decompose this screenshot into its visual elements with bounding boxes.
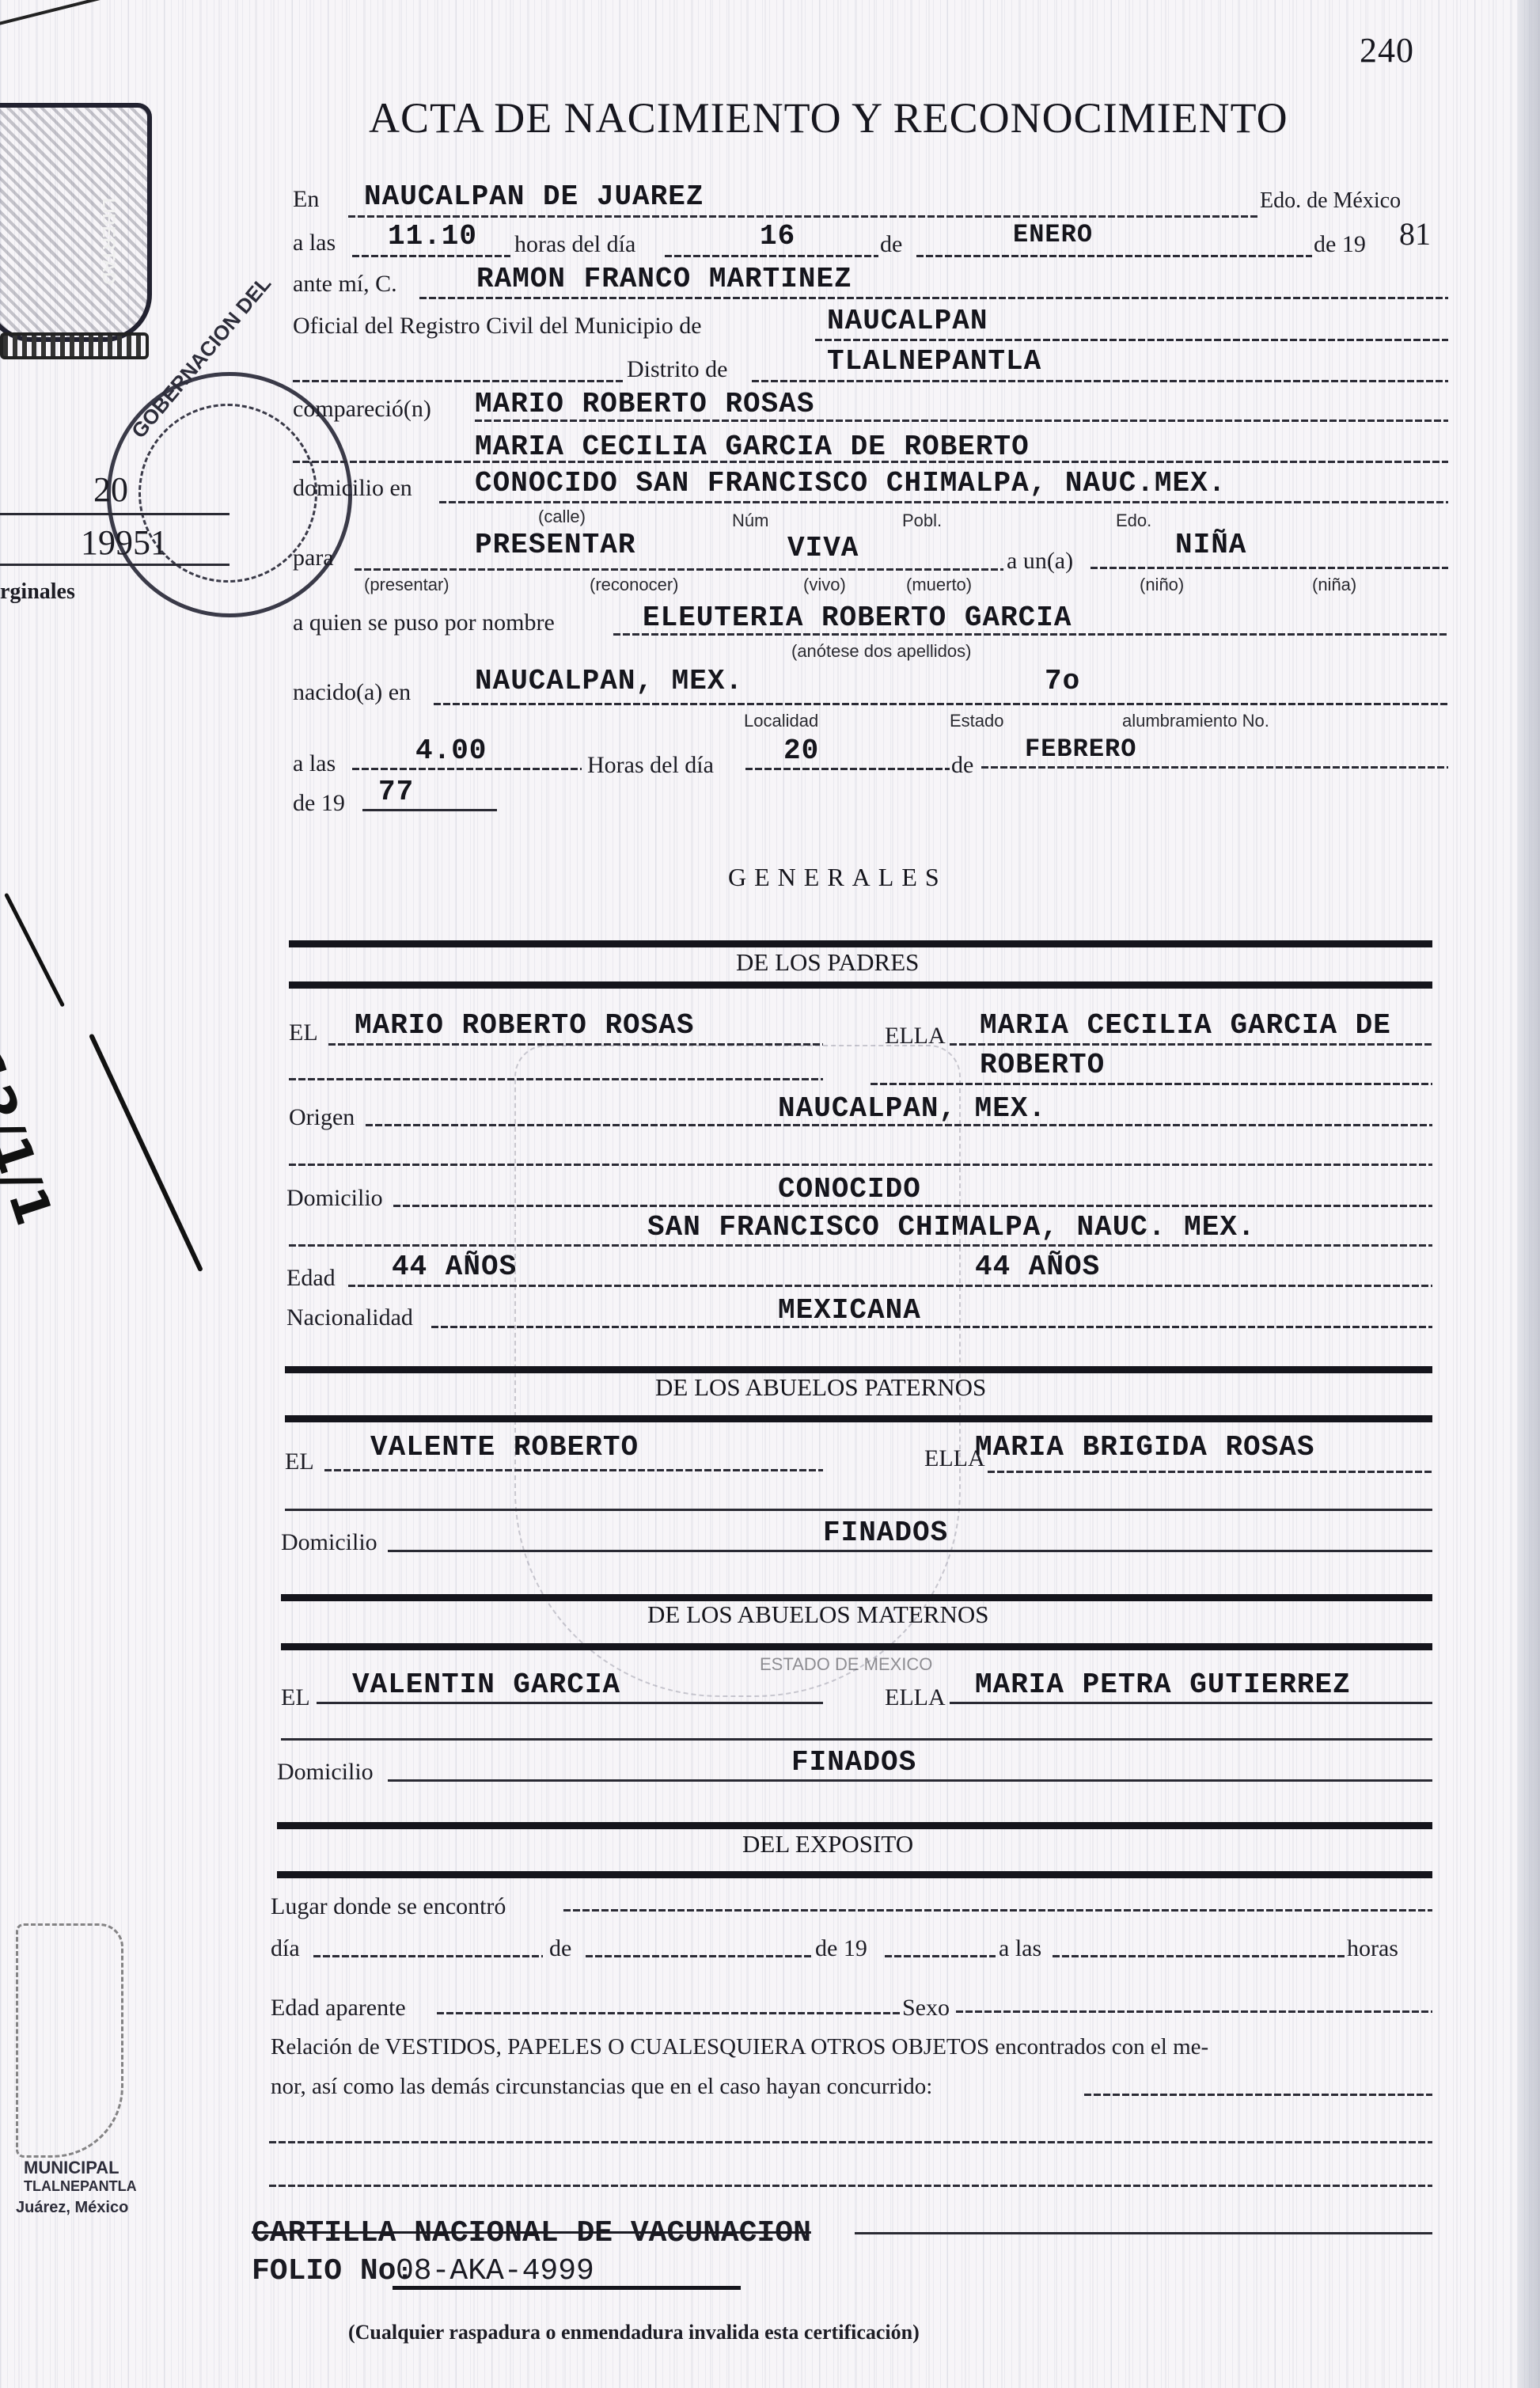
para-value: PRESENTAR [475,529,635,561]
hora-registro-value: 11.10 [388,220,477,252]
domicilio-hint: Pobl. [902,511,942,531]
mes-nacimiento-value: FEBRERO [1025,735,1136,764]
abuela-materna-value: MARIA PETRA GUTIERREZ [975,1669,1351,1701]
lugar-encontro-label: Lugar donde se encontró [271,1893,506,1920]
field-line [289,1244,1432,1247]
de-nac-label: de [951,752,973,779]
edad-madre-value: 44 AÑOS [975,1251,1100,1283]
field-line [956,2010,1432,2013]
field-line [366,1124,1432,1126]
sexo-label: Sexo [902,1995,950,2022]
margin-number-bottom: 19951 [81,522,168,563]
abuela-paterna-value: MARIA BRIGIDA ROSAS [975,1431,1314,1464]
field-line [871,1083,1432,1085]
field-line [362,809,497,811]
section-rule [281,1643,1432,1650]
para-hint: (presentar) [364,575,449,595]
domicilio-label: domicilio en [293,475,412,502]
photo-edge [1518,0,1540,2388]
section-rule [289,940,1432,947]
origen-value: NAUCALPAN, MEX. [778,1092,1046,1125]
field-line [317,1702,823,1704]
a-un-label: a un(a) [1007,548,1073,575]
municipal-stamp-line: MUNICIPAL [24,2158,119,2178]
lugar-registro-value: NAUCALPAN DE JUAREZ [364,180,704,213]
domicilio-padres-value-2: SAN FRANCISCO CHIMALPA, NAUC. MEX. [647,1211,1256,1243]
field-line [293,380,625,382]
handwritten-mark-icon [4,893,65,1008]
section-rule [289,981,1432,989]
marginales-label: rginales [0,579,75,605]
nacido-hint: Estado [950,711,1004,731]
field-line [1053,1955,1345,1957]
domicilio-padres-value-1: CONOCIDO [778,1173,921,1205]
field-line [388,1779,1432,1782]
anio-registro-value: 81 [1399,215,1431,252]
field-line [324,1469,823,1471]
abuelo-materno-el-label: EL [281,1684,310,1711]
field-line [313,1955,543,1957]
hora-nacimiento-value: 4.00 [415,735,487,767]
field-line [281,1738,1432,1741]
handwritten-mark-icon [89,1033,203,1272]
exposito-dia-label: día [271,1935,300,1962]
watermark-text: ESTADO DE MEXICO [760,1654,932,1675]
section-rule [277,1871,1432,1878]
field-line [431,1326,1432,1328]
para-hint: (vivo) [803,575,846,595]
field-line [815,339,1448,341]
domicilio-abuelos-maternos-label: Domicilio [277,1759,374,1786]
domicilio-abuelos-paternos-value: FINADOS [823,1517,948,1549]
nacionalidad-value: MEXICANA [778,1294,921,1327]
abuelos-paternos-heading: DE LOS ABUELOS PATERNOS [655,1373,986,1402]
distrito-value: TLALNEPANTLA [827,345,1041,378]
cartilla-vacunacion-label: CARTILLA NACIONAL DE VACUNACION [252,2216,811,2250]
nombre-hint: (anótese dos apellidos) [791,641,971,662]
vivo-value: VIVA [787,532,859,564]
field-line [352,255,510,257]
dia-nacimiento-value: 20 [783,735,819,767]
field-line [352,768,582,770]
mes-registro-value: ENERO [1013,220,1093,249]
madre-ella-label: ELLA [885,1023,946,1050]
field-line [419,297,1448,299]
abuelos-maternos-heading: DE LOS ABUELOS MATERNOS [647,1600,988,1629]
margin-rule [0,564,229,566]
field-line [752,380,1448,382]
municipal-stamp-line: TLALNEPANTLA [24,2178,137,2195]
field-line [1084,2094,1432,2096]
edad-padre-value: 44 AÑOS [392,1251,517,1283]
section-rule [285,1366,1432,1373]
abuelo-paterno-value: VALENTE ROBERTO [370,1431,639,1464]
field-line [388,1550,1432,1552]
compareciente-2-value: MARIA CECILIA GARCIA DE ROBERTO [475,431,1030,463]
nombre-registrado-value: ELEUTERIA ROBERTO GARCIA [643,602,1072,634]
municipal-stamp-icon [16,1923,123,2158]
domicilio-padres-label: Domicilio [286,1185,383,1212]
exposito-de19-label: de 19 [815,1935,867,1962]
field-line [613,633,1448,636]
padre-el-label: EL [289,1019,318,1046]
relacion-objetos-line-2: nor, así como las demás circunstancias q… [271,2074,932,2100]
abuelo-paterno-el-label: EL [285,1448,314,1475]
de-label: de [880,231,902,258]
margin-rule [0,513,229,515]
padres-heading: DE LOS PADRES [736,948,919,977]
section-rule [277,1822,1432,1829]
de-19-label: de 19 [1314,231,1366,258]
edo-mexico-label: Edo. de México [1260,188,1401,214]
para-hint: (niño) [1140,575,1184,595]
para-label: para [293,545,334,571]
municipio-value: NAUCALPAN [827,305,988,337]
field-line [665,255,878,257]
para-hint: (niña) [1312,575,1356,595]
alumbramiento-value: 7o [1045,665,1080,697]
madre-nombre-value-1: MARIA CECILIA GARCIA DE [980,1009,1391,1042]
field-line [434,703,1448,705]
domicilio-hint: Núm [732,511,768,531]
field-line [1091,567,1448,569]
folio-label: FOLIO No. [252,2254,414,2288]
domicilio-hint: Edo. [1116,511,1151,531]
field-line [586,1955,811,1957]
distrito-label: Distrito de [627,356,728,383]
domicilio-abuelos-paternos-label: Domicilio [281,1529,377,1556]
field-line [475,420,1448,422]
state-crest-icon [0,103,152,342]
folio-value: 08-AKA-4999 [396,2254,594,2288]
exposito-a-las-label: a las [999,1935,1041,1962]
section-rule [285,1415,1432,1422]
domicilio-hint: (calle) [538,507,586,527]
relacion-objetos-line-1: Relación de VESTIDOS, PAPELES O CUALESQU… [271,2034,1208,2060]
field-line [289,1164,1432,1166]
oficial-municipio-label: Oficial del Registro Civil del Municipio… [293,313,702,340]
comparecio-label: compareció(n) [293,396,431,423]
field-line [289,1078,823,1080]
padre-nombre-value: MARIO ROBERTO ROSAS [355,1009,694,1042]
compareciente-1-value: MARIO ROBERTO ROSAS [475,388,814,420]
horas-del-dia-nac-label: Horas del día [587,752,714,779]
document-title: ACTA DE NACIMIENTO Y RECONOCIMIENTO [369,93,1288,142]
disclaimer-text: (Cualquier raspadura o enmendadura inval… [348,2321,920,2344]
abuela-materna-ella-label: ELLA [885,1684,946,1711]
domicilio-value: CONOCIDO SAN FRANCISCO CHIMALPA, NAUC.ME… [475,467,1226,499]
exposito-de-label: de [549,1935,571,1962]
nacido-hint: alumbramiento No. [1122,711,1269,731]
field-line [348,215,1258,218]
margin-number-top: 20 [93,469,128,510]
oficial-nombre-value: RAMON FRANCO MARTINEZ [476,263,852,295]
field-line [269,2185,1432,2187]
field-line [855,2232,1432,2234]
field-line [285,1509,1432,1511]
para-hint: (reconocer) [590,575,678,595]
edad-label: Edad [286,1265,336,1292]
exposito-horas-label: horas [1347,1935,1398,1962]
de-19-nac-label: de 19 [293,790,345,817]
field-line [393,1205,1432,1207]
crest-ribbon-icon [0,332,149,359]
municipal-stamp-line: Juárez, México [16,2199,128,2217]
en-label: En [293,186,319,213]
a-las-label: a las [293,230,336,256]
field-line [950,1702,1432,1704]
crest-motto: LIBERTAD [98,198,119,285]
nacido-hint: Localidad [744,711,818,731]
ante-mi-label: ante mí, C. [293,271,397,298]
lugar-nacimiento-value: NAUCALPAN, MEX. [475,665,743,697]
field-line [916,255,1312,257]
page-number: 240 [1360,30,1414,70]
field-line [988,1471,1432,1473]
field-line [328,1043,823,1046]
dia-registro-value: 16 [760,220,795,252]
field-line [293,461,1448,463]
madre-nombre-value-2: ROBERTO [980,1049,1105,1081]
anio-nacimiento-value: 77 [378,776,414,808]
field-line [950,1043,1432,1046]
edad-aparente-label: Edad aparente [271,1995,406,2022]
field-line [348,1285,1432,1287]
sexo-value: NIÑA [1175,529,1246,561]
field-line [269,2141,1432,2143]
margin-scratch-line [0,0,207,27]
nacido-en-label: nacido(a) en [293,679,411,706]
field-line [437,2012,902,2014]
exposito-heading: DEL EXPOSITO [742,1830,913,1858]
field-line [439,501,1448,503]
field-line [393,2286,741,2290]
handwritten-note: 12/1/1 [0,1045,63,1232]
field-line [563,1909,1432,1912]
field-line [355,568,1003,571]
domicilio-abuelos-maternos-value: FINADOS [791,1746,916,1779]
field-line [981,766,1448,769]
origen-label: Origen [289,1104,355,1131]
nombre-label: a quien se puso por nombre [293,609,555,636]
abuelo-materno-value: VALENTIN GARCIA [352,1669,620,1701]
horas-del-dia-label: horas del día [514,231,635,258]
field-line [745,768,950,770]
generales-heading: GENERALES [728,863,947,892]
field-line [885,1955,996,1957]
para-hint: (muerto) [906,575,972,595]
a-las-nac-label: a las [293,750,336,777]
nacionalidad-label: Nacionalidad [286,1304,413,1331]
